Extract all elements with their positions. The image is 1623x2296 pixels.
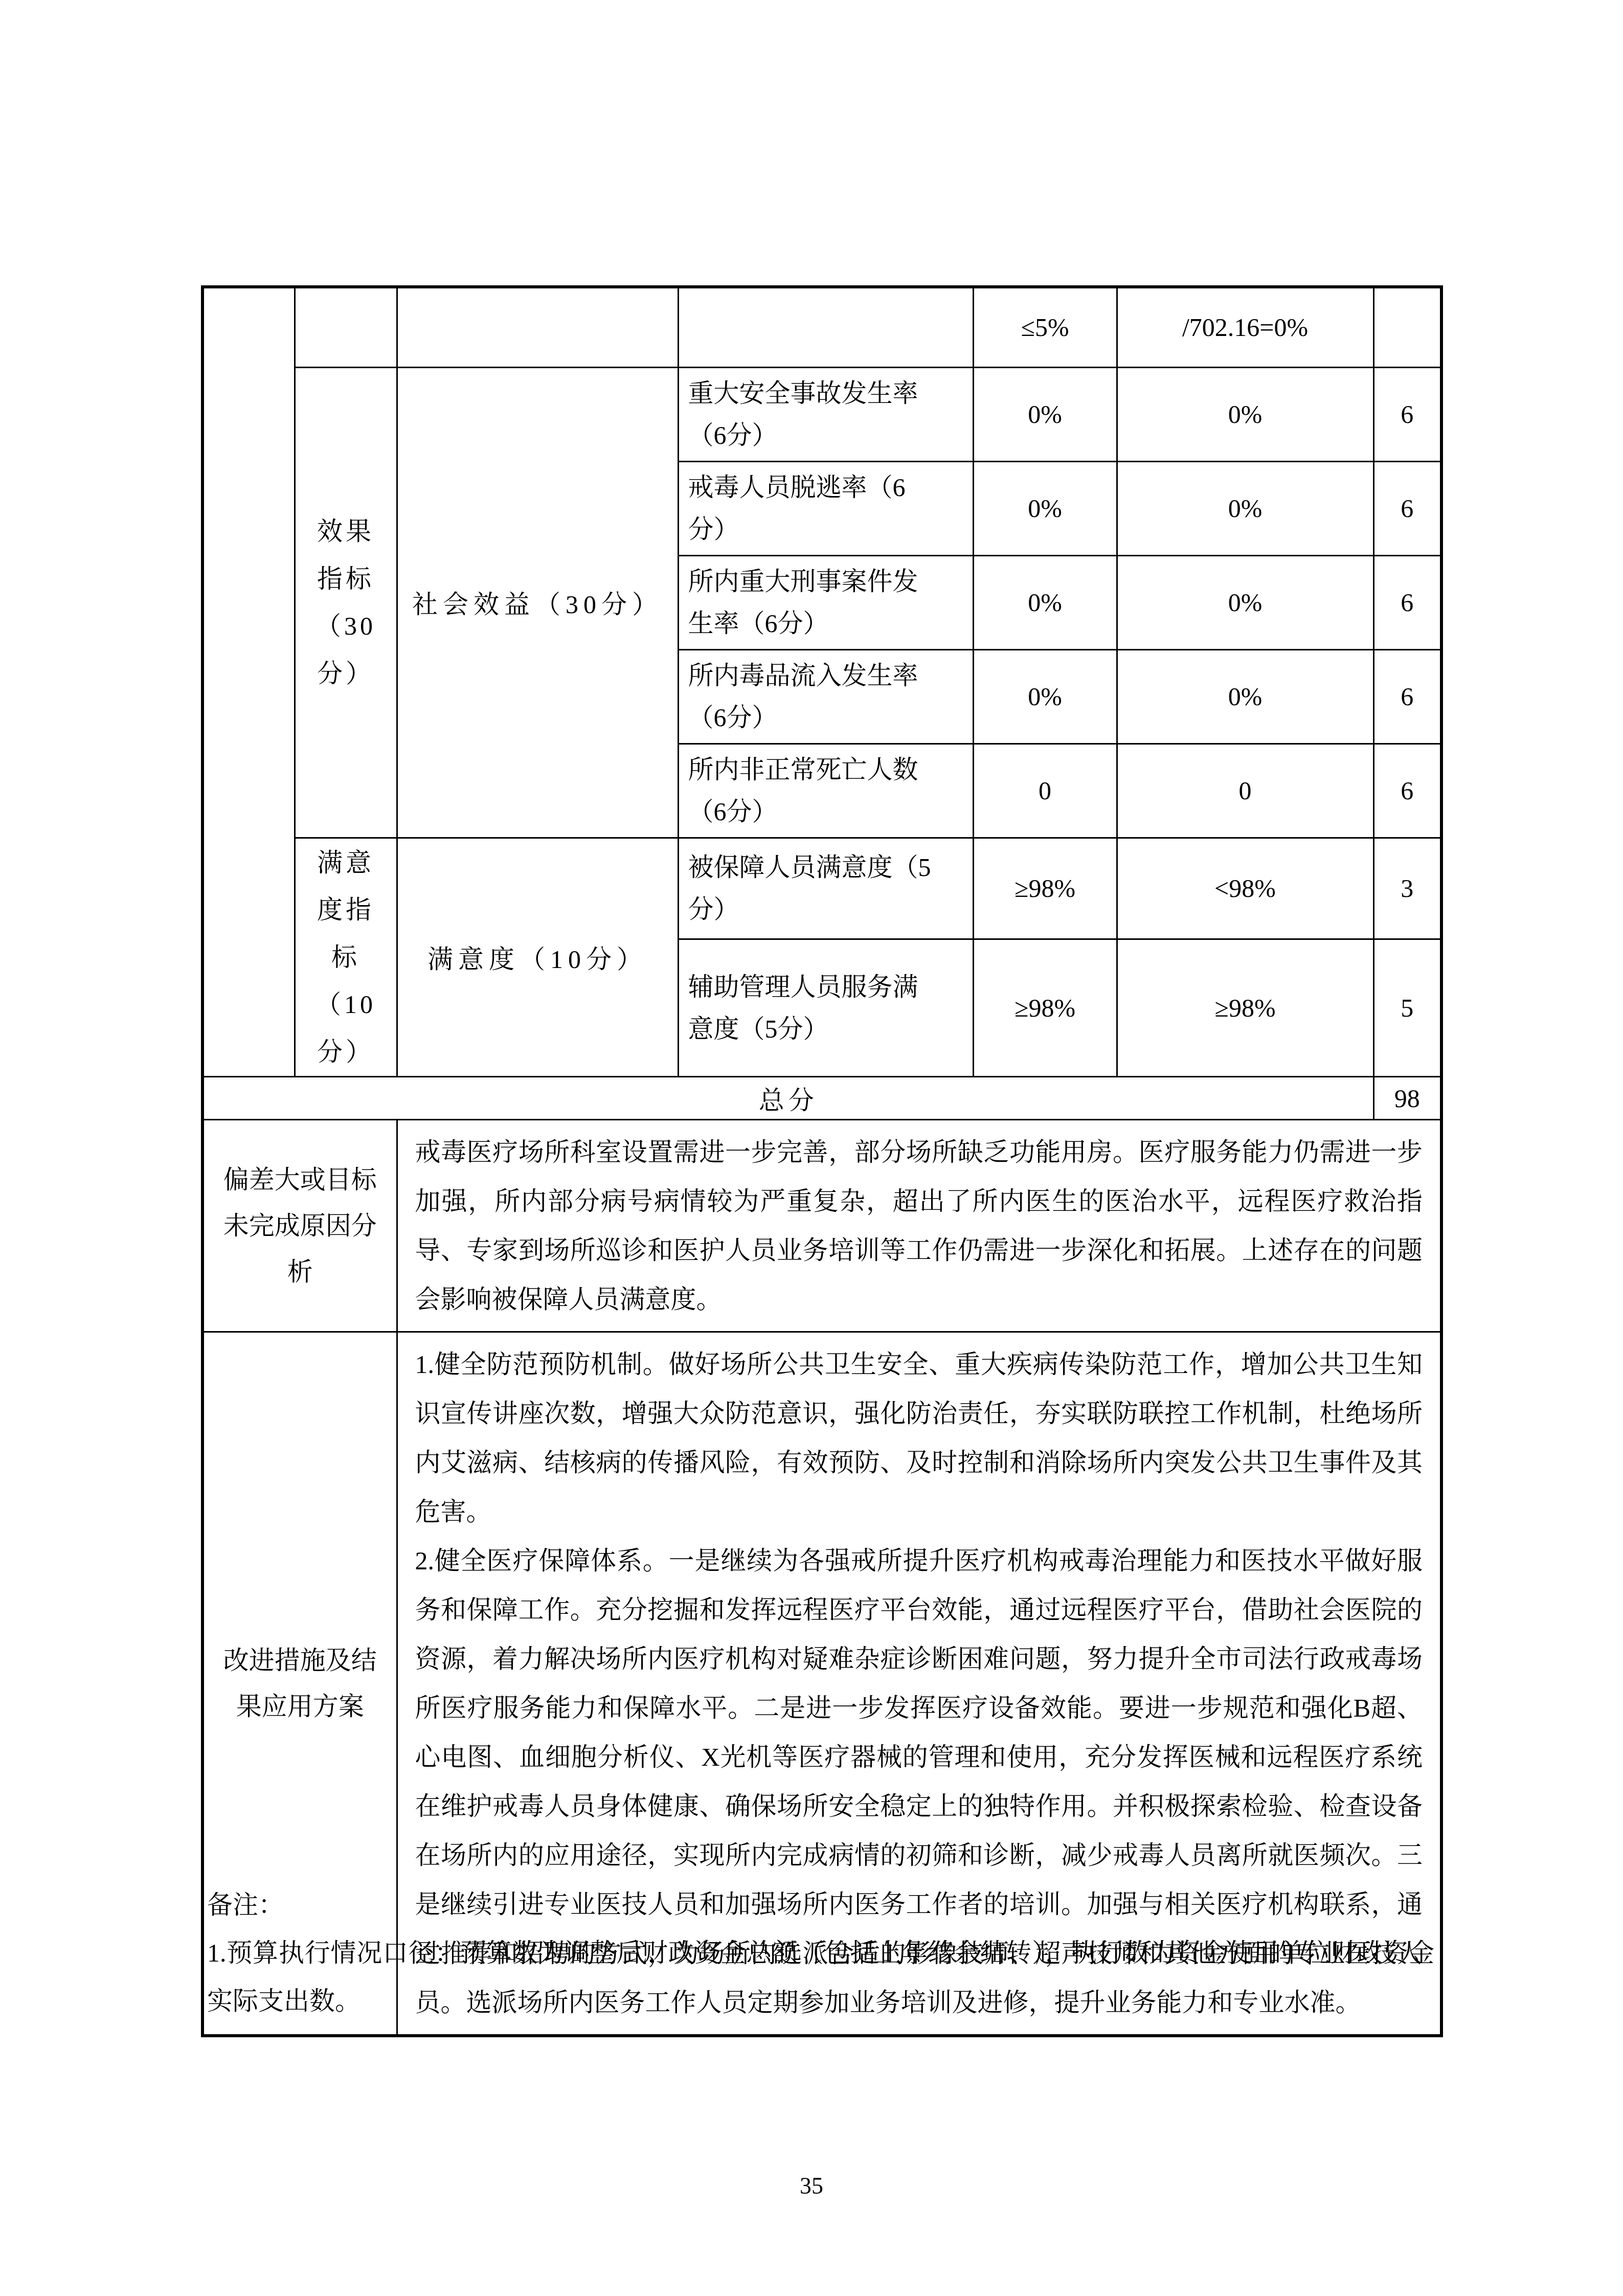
indicator-score: 5	[1373, 939, 1441, 1077]
document-page: ≤5% /702.16=0% 效果 指标 （30 分） 社会效益（30分） 重大…	[0, 0, 1623, 2296]
empty-cell	[295, 287, 397, 367]
table-row-carryover: ≤5% /702.16=0%	[202, 287, 1441, 367]
table-row-total: 总分 98	[202, 1077, 1441, 1120]
empty-cell	[397, 287, 678, 367]
indicator-actual: 0%	[1117, 555, 1373, 649]
page-number: 35	[0, 2172, 1623, 2199]
effect-subcategory-cell: 社会效益（30分）	[397, 367, 678, 838]
footnotes: 备注： 1.预算执行情况口径：预算数为调整后财政资金总额（包括上年结余结转），执…	[207, 1881, 1434, 2025]
merged-left-column-cell	[202, 287, 295, 1077]
indicator-actual: 0%	[1117, 461, 1373, 555]
indicator-score: 6	[1373, 649, 1441, 744]
footnote-item: 1.预算执行情况口径：预算数为调整后财政资金总额（包括上年结余结转），执行数为资…	[207, 1929, 1434, 2025]
indicator-target: ≥98%	[973, 838, 1117, 939]
footnote-heading: 备注：	[207, 1881, 1434, 1929]
indicator-name: 被保障人员满意度（5 分）	[678, 838, 973, 939]
indicator-target: 0%	[973, 649, 1117, 744]
indicator-score: 6	[1373, 461, 1441, 555]
indicator-name: 所内重大刑事案件发 生率（6分）	[678, 555, 973, 649]
indicator-target: 0	[973, 744, 1117, 838]
total-score-value: 98	[1373, 1077, 1441, 1120]
indicator-name: 重大安全事故发生率 （6分）	[678, 367, 973, 461]
indicator-name: 辅助管理人员服务满 意度（5分）	[678, 939, 973, 1077]
total-score-label: 总分	[202, 1077, 1373, 1120]
indicator-target: 0%	[973, 461, 1117, 555]
performance-evaluation-table: ≤5% /702.16=0% 效果 指标 （30 分） 社会效益（30分） 重大…	[201, 285, 1443, 2037]
carryover-actual-value: /702.16=0%	[1117, 287, 1373, 367]
indicator-score: 6	[1373, 555, 1441, 649]
satisfaction-category-cell: 满意 度指 标 （10 分）	[295, 838, 397, 1077]
indicator-actual: ≥98%	[1117, 939, 1373, 1077]
indicator-actual: 0	[1117, 744, 1373, 838]
indicator-score: 6	[1373, 744, 1441, 838]
carryover-target-value: ≤5%	[973, 287, 1117, 367]
empty-cell	[1373, 287, 1441, 367]
satisfaction-subcategory-cell: 满意度（10分）	[397, 838, 678, 1077]
indicator-actual: <98%	[1117, 838, 1373, 939]
indicator-target: 0%	[973, 555, 1117, 649]
indicator-name: 所内毒品流入发生率 （6分）	[678, 649, 973, 744]
indicator-name: 戒毒人员脱逃率（6 分）	[678, 461, 973, 555]
indicator-score: 6	[1373, 367, 1441, 461]
indicator-score: 3	[1373, 838, 1441, 939]
indicator-target: ≥98%	[973, 939, 1117, 1077]
improvement-paragraph-1: 1.健全防范预防机制。做好场所公共卫生安全、重大疾病传染防范工作，增加公共卫生知…	[415, 1340, 1423, 1536]
empty-cell	[678, 287, 973, 367]
deviation-analysis-label: 偏差大或目标 未完成原因分 析	[202, 1120, 397, 1332]
table-row-indicator: 效果 指标 （30 分） 社会效益（30分） 重大安全事故发生率 （6分） 0%…	[202, 367, 1441, 461]
indicator-actual: 0%	[1117, 649, 1373, 744]
effect-category-cell: 效果 指标 （30 分）	[295, 367, 397, 838]
indicator-name: 所内非正常死亡人数 （6分）	[678, 744, 973, 838]
indicator-actual: 0%	[1117, 367, 1373, 461]
indicator-target: 0%	[973, 367, 1117, 461]
table-row-deviation-analysis: 偏差大或目标 未完成原因分 析 戒毒医疗场所科室设置需进一步完善，部分场所缺乏功…	[202, 1120, 1441, 1332]
deviation-analysis-content: 戒毒医疗场所科室设置需进一步完善，部分场所缺乏功能用房。医疗服务能力仍需进一步加…	[397, 1120, 1441, 1332]
table-row-indicator: 满意 度指 标 （10 分） 满意度（10分） 被保障人员满意度（5 分） ≥9…	[202, 838, 1441, 939]
